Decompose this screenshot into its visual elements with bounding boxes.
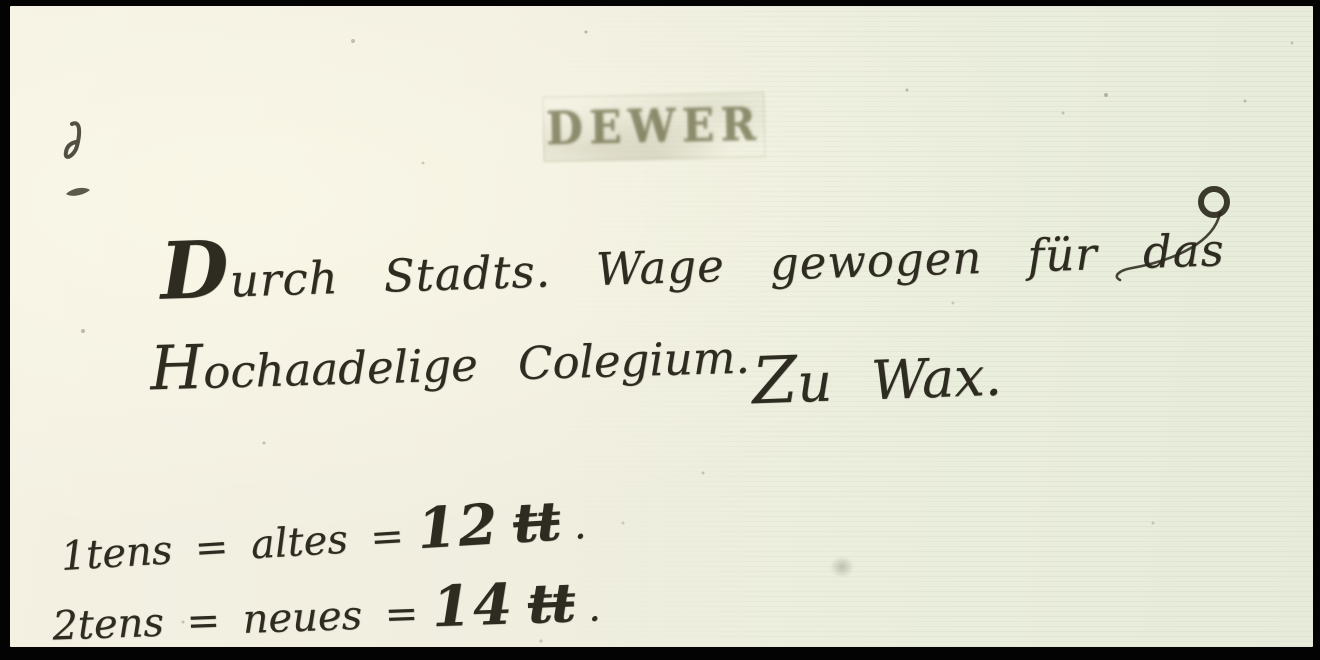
weight-entry-2-punct: . (587, 584, 601, 630)
pound-symbol: tt (527, 570, 575, 636)
scanned-document: DEWER Durch Stadts. Wage gewogen für das… (0, 0, 1320, 660)
weight-entry-2-label: 2tens = neues = (52, 591, 419, 650)
weight-entry-2-value: 14 (431, 571, 515, 640)
pound-symbol: tt (511, 489, 561, 556)
weight-entry-1-punct: . (572, 502, 588, 549)
handwriting-line-3: Zu Wax. (751, 336, 1003, 420)
weight-entry-1-value: 12 (415, 491, 501, 562)
postmark-stamp: DEWER (542, 92, 766, 163)
paper-specks (0, 0, 2, 2)
